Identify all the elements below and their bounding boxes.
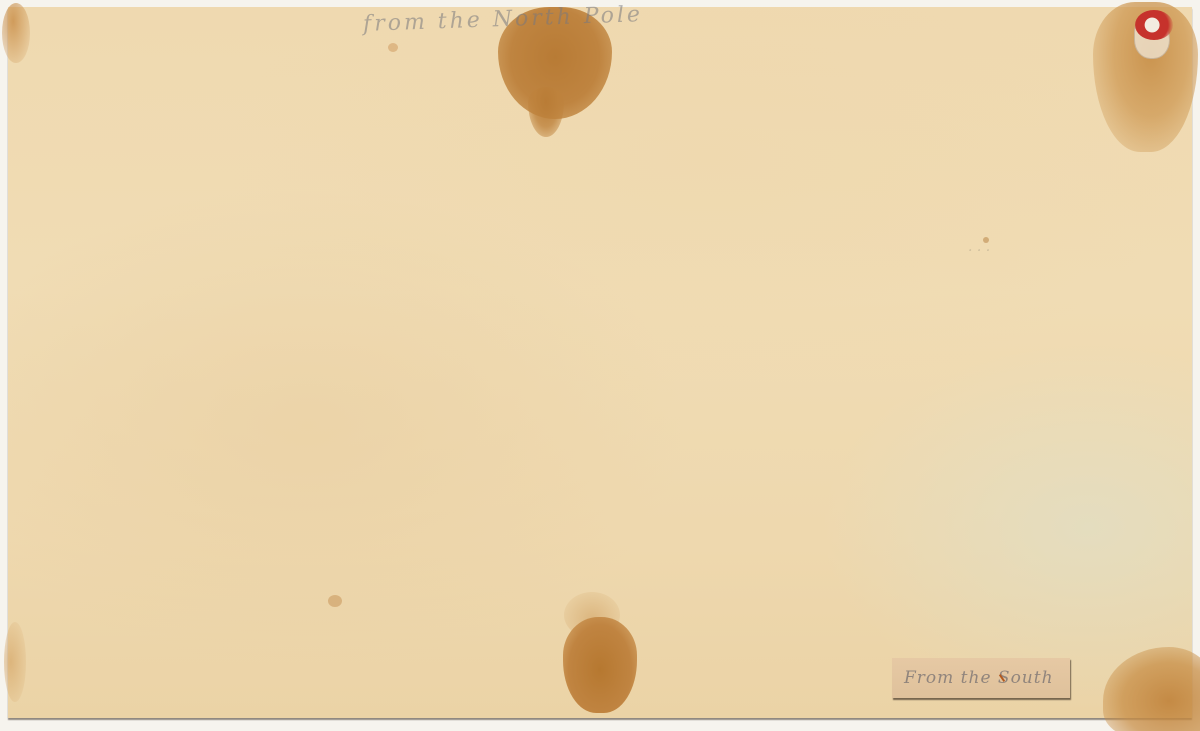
stain-bottom-left [4,622,26,702]
foxing-spot [328,595,342,607]
stain-top-left [2,3,30,63]
stain-bottom-right [1103,647,1200,731]
pasted-paper-label: From the South [892,658,1070,698]
faint-pencil-mark: · · · [968,243,990,259]
label-inscription: From the South [904,668,1054,688]
stain-bottom-center [563,617,637,713]
foxing-spot [388,43,398,52]
paper-sheet: from the North Pole · · · From the South [8,7,1192,718]
scan-background: from the North Pole · · · From the South [0,0,1200,731]
red-wax-seal-icon [1135,10,1173,40]
stain-top-center-drip [528,87,564,137]
